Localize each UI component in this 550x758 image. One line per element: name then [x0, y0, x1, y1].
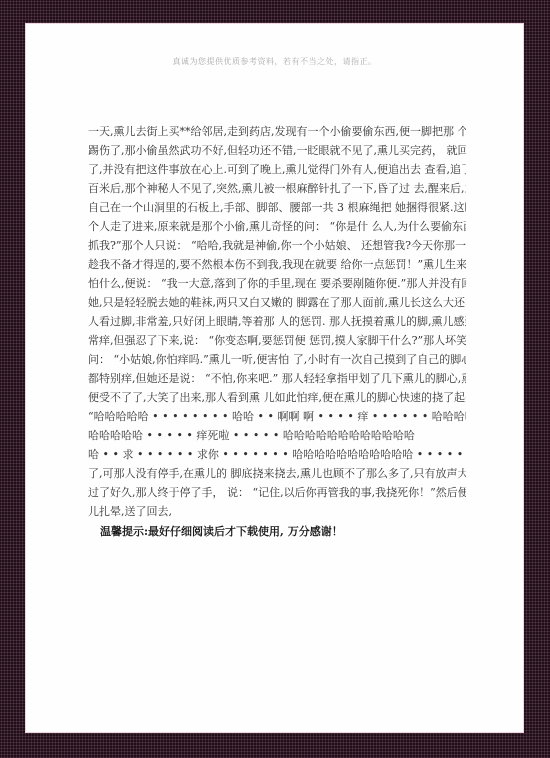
body-line: 了,可那人没有停手,在熏儿的 脚底挠来挠去,熏儿也顾不了那么多了,只有放声大笑,: [88, 464, 466, 483]
body-line: 怕什么,便说： “我一大意,落到了你的手里,现在 要杀要剐随你便.”那人并没有回…: [88, 274, 466, 293]
document-body: 一天,熏儿去街上买**给邻居,走到药店,发现有一个小偷要偷东西,便一脚把那 个小…: [88, 122, 466, 541]
body-line: 百米后,那个神秘人不见了,突然,熏儿被一根麻醉针扎了一下,昏了过 去,醒来后,发…: [88, 179, 466, 198]
body-line: 儿扎晕,送了回去,: [88, 502, 466, 521]
body-line: 一天,熏儿去街上买**给邻居,走到药店,发现有一个小偷要偷东西,便一脚把那 个小…: [88, 122, 466, 141]
body-line: 自己在一个山洞里的石板上,手部、脚部、腰部一共 3 根麻绳把 她捆得很紧.这时,…: [88, 198, 466, 217]
body-line: “哈哈哈哈哈 • • • • • • • • 哈哈 • • 啊啊 啊 • • •…: [88, 407, 466, 426]
body-line: 抓我?”那个人只说： “哈哈,我就是神偷,你一个小姑娘、 还想管我?今天你那一脚…: [88, 236, 466, 255]
body-line: 人看过脚,非常羞,只好闭上眼睛,等着那 人的惩罚. 那人抚摸着熏儿的脚,熏儿感到…: [88, 312, 466, 331]
body-line: 踢伤了,那小偷虽然武功不好,但轻功还不错,一眨眼就不见了,熏儿买完药， 就回家去: [88, 141, 466, 160]
download-notice: 温馨提示:最好仔细阅读后才下载使用, 万分感谢！: [88, 522, 466, 541]
body-line: 过了好久,那人终于停了手， 说： “记住,以后你再管我的事,我挠死你！”然后便把…: [88, 483, 466, 502]
body-line: 便受不了了,大笑了出来,那人看到熏 儿如此怕痒,便在熏儿的脚心快速的挠了起来,: [88, 388, 466, 407]
document-page: 真诚为您提供优质参考资料，若有不当之处，请指正。 一天,熏儿去街上买**给邻居,…: [25, 23, 524, 733]
body-line: 问： “小姑娘,你怕痒吗.”熏儿一听,便害怕 了,小时有一次自己摸到了自己的脚心…: [88, 350, 466, 369]
body-line: 常痒,但强忍了下来,说： “你变态啊,要惩罚便 惩罚,摸人家脚干什么?”那人坏笑…: [88, 331, 466, 350]
body-line: 她,只是轻轻脱去她的鞋袜,两只又白又嫩的 脚露在了那人面前,熏儿长这么大还没被: [88, 293, 466, 312]
body-line: 哈 • • 求 • • • • • • 求你 • • • • • • • 哈哈哈…: [88, 445, 466, 464]
body-line: 哈哈哈哈哈 • • • • • 痒死啦 • • • • • 哈哈哈哈哈哈哈哈哈哈…: [88, 426, 466, 445]
body-line: 了,并没有把这件事放在心上.可到了晚上,熏儿觉得门外有人,便追出去 查看,追了几: [88, 160, 466, 179]
header-disclaimer: 真诚为您提供优质参考资料，若有不当之处，请指正。: [26, 56, 523, 67]
body-line: 都特别痒,但她还是说： “不怕,你来吧.” 那人轻轻拿指甲划了几下熏儿的脚心,熏…: [88, 369, 466, 388]
body-line: 趁我不备才得逞的,要不然根本伤不到我,我现在就要 给你一点惩罚！”熏儿生来就不: [88, 255, 466, 274]
body-line: 个人走了进来,原来就是那个小偷,熏儿奇怪的问： “你是什 么人,为什么要偷东西还: [88, 217, 466, 236]
